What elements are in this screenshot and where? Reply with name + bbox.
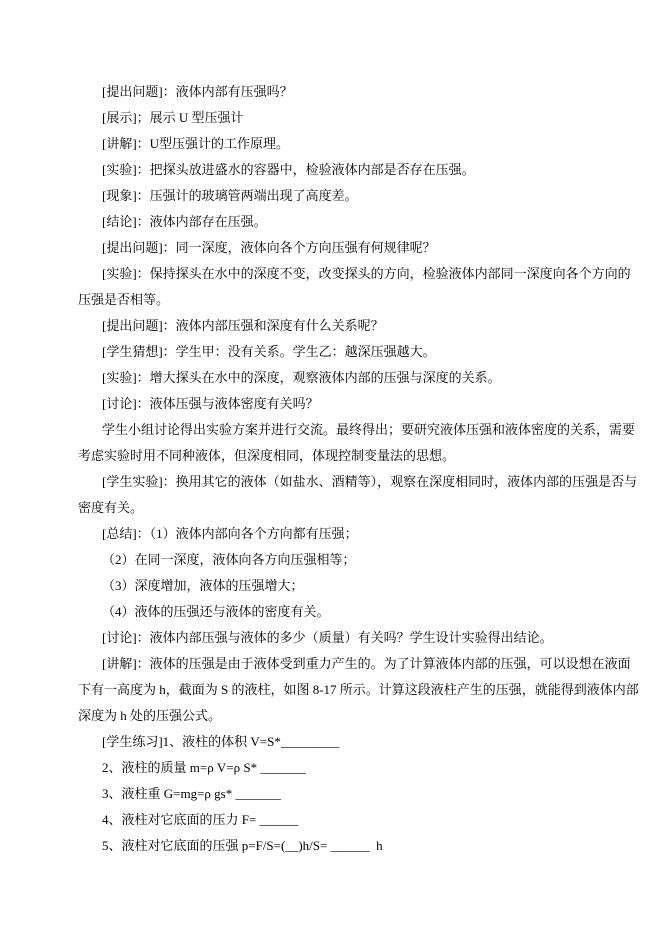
document-page: [提出问题]：液体内部有压强吗？[展示]；展示 U 型压强计[讲解]：U型压强计…: [0, 0, 661, 935]
text-line: [提出问题]：液体内部有压强吗？: [78, 79, 603, 105]
text-line: [结论]：液体内部存在压强。: [78, 209, 603, 235]
text-line: [讨论]：液体压强与液体密度有关吗？: [78, 391, 603, 417]
text-line: [提出问题]：液体内部压强和深度有什么关系呢？: [78, 313, 603, 339]
text-line: （3）深度增加，液体的压强增大；: [78, 573, 603, 599]
text-line: [现象]：压强计的玻璃管两端出现了高度差。: [78, 183, 603, 209]
text-line: 5、液柱对它底面的压强 p=F/S=(__)h/S= ______ h: [78, 833, 603, 859]
text-line: [实验]：保持探头在水中的深度不变，改变探头的方向，检验液体内部同一深度向各个方…: [78, 261, 603, 287]
text-line: [学生练习]1、液柱的体积 V=S*_________: [78, 729, 603, 755]
text-line: 密度有关。: [78, 495, 603, 521]
document-body: [提出问题]：液体内部有压强吗？[展示]；展示 U 型压强计[讲解]：U型压强计…: [78, 79, 603, 859]
text-line: 3、液柱重 G=mg=ρ gs* _______: [78, 781, 603, 807]
text-line: 压强是否相等。: [78, 287, 603, 313]
text-line: [实验]：增大探头在水中的深度，观察液体内部的压强与深度的关系。: [78, 365, 603, 391]
text-line: [讲解]：U型压强计的工作原理。: [78, 131, 603, 157]
text-line: [总结]：（1）液体内部向各个方向都有压强；: [78, 521, 603, 547]
text-line: （4）液体的压强还与液体的密度有关。: [78, 599, 603, 625]
text-line: [展示]；展示 U 型压强计: [78, 105, 603, 131]
text-line: 深度为 h 处的压强公式。: [78, 703, 603, 729]
text-line: [实验]：把探头放进盛水的容器中，检验液体内部是否存在压强。: [78, 157, 603, 183]
text-line: [提出问题]：同一深度，液体向各个方向压强有何规律呢？: [78, 235, 603, 261]
text-line: [学生实验]：换用其它的液体（如盐水、酒精等），观察在深度相同时，液体内部的压强…: [78, 469, 603, 495]
text-line: （2）在同一深度，液体向各方向压强相等；: [78, 547, 603, 573]
text-line: 4、液柱对它底面的压力 F= ______: [78, 807, 603, 833]
text-line: 考虑实验时用不同种液体，但深度相同，体现控制变量法的思想。: [78, 443, 603, 469]
text-line: [讨论]：液体内部压强与液体的多少（质量）有关吗？学生设计实验得出结论。: [78, 625, 603, 651]
text-line: 学生小组讨论得出实验方案并进行交流。最终得出；要研究液体压强和液体密度的关系，需…: [78, 417, 603, 443]
text-line: [讲解]：液体的压强是由于液体受到重力产生的。为了计算液体内部的压强，可以设想在…: [78, 651, 603, 677]
text-line: 下有一高度为 h，截面为 S 的液柱，如图 8-17 所示。计算这段液柱产生的压…: [78, 677, 603, 703]
text-line: 2、液柱的质量 m=ρ V=ρ S* _______: [78, 755, 603, 781]
text-line: [学生猜想]：学生甲：没有关系。学生乙：越深压强越大。: [78, 339, 603, 365]
